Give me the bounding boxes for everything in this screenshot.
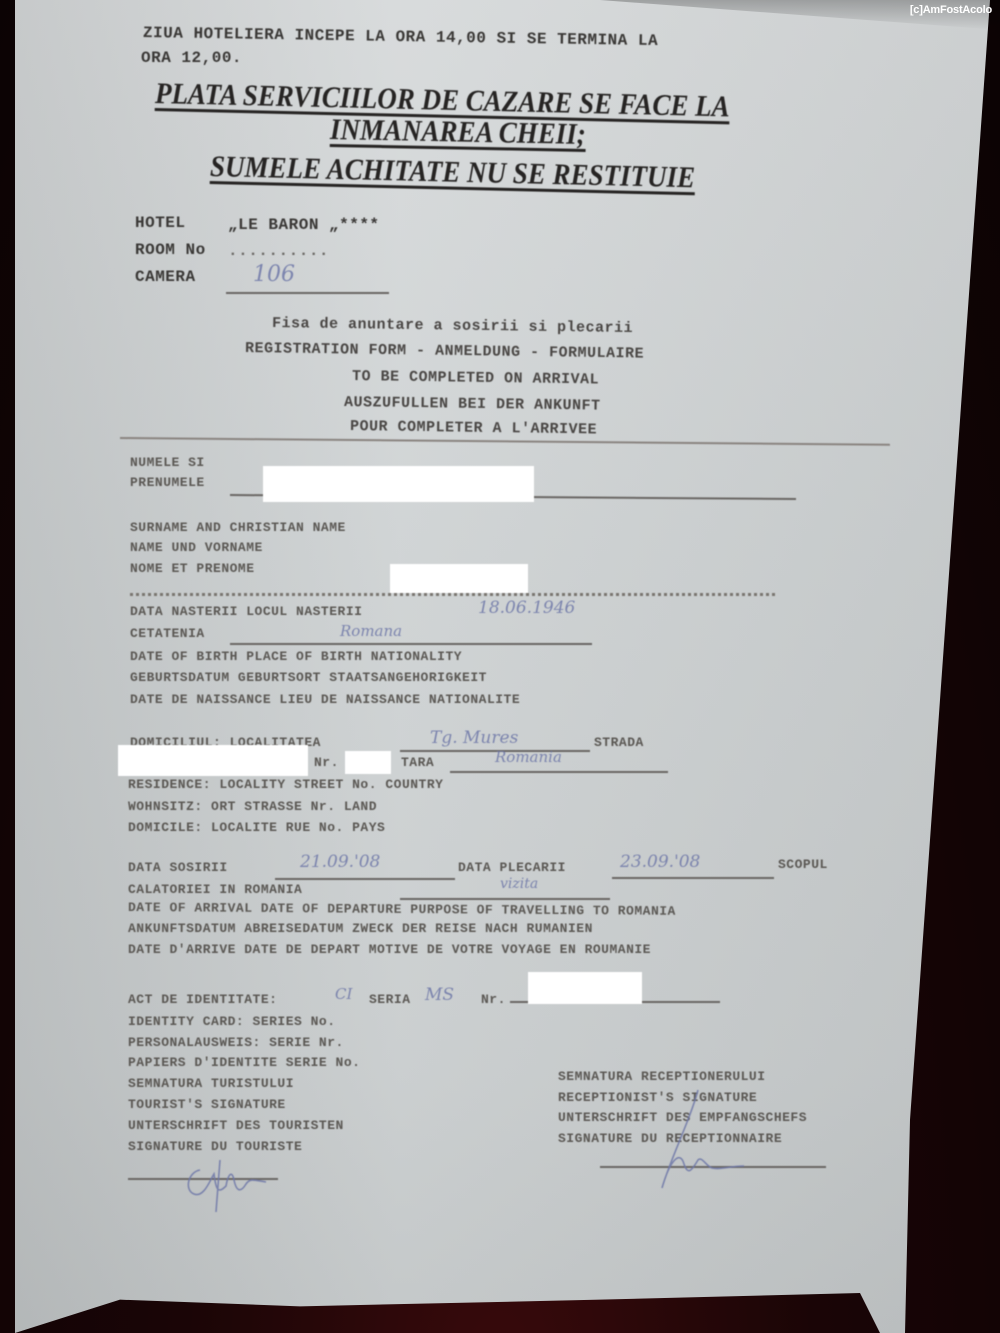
country-value: Romania xyxy=(495,748,562,766)
hotel-label: HOTEL xyxy=(135,214,186,232)
id-label-de: PERSONALAUSWEIS: SERIE Nr. xyxy=(128,1035,344,1050)
name-dashed-divider xyxy=(130,593,775,596)
form-title-ro: Fisa de anuntare a sosirii si plecarii xyxy=(272,315,633,337)
room-dots: .......... xyxy=(228,242,329,260)
id-label-ro: ACT DE IDENTITATE: xyxy=(128,992,277,1007)
hotel-day-line-1: ZIUA HOTELIERA INCEPE LA ORA 14,00 SI SE… xyxy=(143,24,658,50)
country-label: TARA xyxy=(401,755,434,770)
notice-line-2: INMANAREA CHEII; xyxy=(330,113,586,152)
redacted-name xyxy=(263,466,534,502)
departure-label: DATA PLECARII xyxy=(458,860,566,875)
hotel-name: „LE BARON „**** xyxy=(228,216,380,234)
travel-label-fr: DATE D'ARRIVE DATE DE DEPART MOTIVE DE V… xyxy=(128,942,651,957)
tourist-sig-label-en: TOURIST'S SIGNATURE xyxy=(128,1097,286,1112)
redacted-id-number xyxy=(528,972,642,1004)
form-title-en: TO BE COMPLETED ON ARRIVAL xyxy=(352,368,599,388)
title-divider xyxy=(120,437,890,446)
travel-label-de: ANKUNFTSDATUM ABREISEDATUM ZWECK DER REI… xyxy=(128,921,593,936)
residence-label-en: RESIDENCE: LOCALITY STREET No. COUNTRY xyxy=(128,777,443,792)
arrival-label: DATA SOSIRII xyxy=(128,860,228,875)
name-label-en: SURNAME AND CHRISTIAN NAME xyxy=(130,520,346,535)
number-label: Nr. xyxy=(314,755,339,770)
receptionist-signature xyxy=(640,1080,750,1200)
birth-label-en: DATE OF BIRTH PLACE OF BIRTH NATIONALITY xyxy=(130,649,462,664)
birth-label-de: GEBURTSDATUM GEBURTSORT STAATSANGEHORIGK… xyxy=(130,670,487,685)
notice-line-3: SUMELE ACHITATE NU SE RESTITUIE xyxy=(210,150,696,195)
series-label: SERIA xyxy=(369,992,411,1007)
name-label-ro-2: PRENUMELE xyxy=(130,475,205,490)
id-label-en: IDENTITY CARD: SERIES No. xyxy=(128,1014,336,1029)
id-label-fr: PAPIERS D'IDENTITE SERIE No. xyxy=(128,1055,360,1070)
country-underline xyxy=(450,771,668,773)
form-title-de: AUSZUFULLEN BEI DER ANKUNFT xyxy=(344,394,601,415)
residence-label-de: WOHNSITZ: ORT STRASSE Nr. LAND xyxy=(128,799,377,814)
purpose-label-2: CALATORIEI IN ROMANIA xyxy=(128,882,302,897)
citizenship-value: Romana xyxy=(340,622,402,640)
birth-date-value: 18.06.1946 xyxy=(478,598,575,618)
name-label-de: NAME UND VORNAME xyxy=(130,540,263,555)
id-type-value: CI xyxy=(335,985,352,1003)
tourist-signature xyxy=(170,1150,290,1220)
street-label: STRADA xyxy=(594,735,644,750)
birth-label-ro-2: CETATENIA xyxy=(130,626,205,641)
name-label-fr: NOME ET PRENOME xyxy=(130,561,255,576)
redacted-name-2 xyxy=(390,564,528,593)
id-number-label: Nr. xyxy=(481,992,506,1007)
purpose-label-1: SCOPUL xyxy=(778,857,828,872)
tourist-sig-label-ro: SEMNATURA TURISTULUI xyxy=(128,1076,294,1091)
hotel-day-line-2: ORA 12,00. xyxy=(141,49,242,67)
series-value: MS xyxy=(425,985,454,1005)
camera-underline xyxy=(226,292,389,294)
residence-label-fr: DOMICILE: LOCALITE RUE No. PAYS xyxy=(128,820,385,835)
purpose-value: vizita xyxy=(500,876,538,892)
locality-value: Tg. Mures xyxy=(430,728,518,748)
redacted-street xyxy=(118,745,308,776)
form-title-fr: POUR COMPLETER A L'ARRIVEE xyxy=(350,418,597,438)
watermark: [c]AmFostAcolo xyxy=(910,4,992,16)
departure-underline xyxy=(612,877,774,879)
form-title-multi: REGISTRATION FORM - ANMELDUNG - FORMULAI… xyxy=(245,340,644,363)
purpose-underline xyxy=(400,898,610,900)
registration-form: ZIUA HOTELIERA INCEPE LA ORA 14,00 SI SE… xyxy=(0,0,1000,1333)
arrival-date-value: 21.09.'08 xyxy=(300,852,380,872)
room-label: ROOM No xyxy=(135,241,206,259)
citizenship-underline xyxy=(230,643,592,645)
camera-value: 106 xyxy=(253,262,295,287)
redacted-number xyxy=(345,751,391,774)
departure-date-value: 23.09.'08 xyxy=(620,852,700,872)
tourist-sig-label-de: UNTERSCHRIFT DES TOURISTEN xyxy=(128,1118,344,1133)
travel-label-en: DATE OF ARRIVAL DATE OF DEPARTURE PURPOS… xyxy=(128,900,676,919)
arrival-underline xyxy=(275,878,455,880)
birth-label-ro-1: DATA NASTERII LOCUL NASTERII xyxy=(130,604,362,619)
camera-label: CAMERA xyxy=(135,268,196,286)
birth-label-fr: DATE DE NAISSANCE LIEU DE NAISSANCE NATI… xyxy=(130,692,520,707)
name-label-ro-1: NUMELE SI xyxy=(130,455,205,470)
